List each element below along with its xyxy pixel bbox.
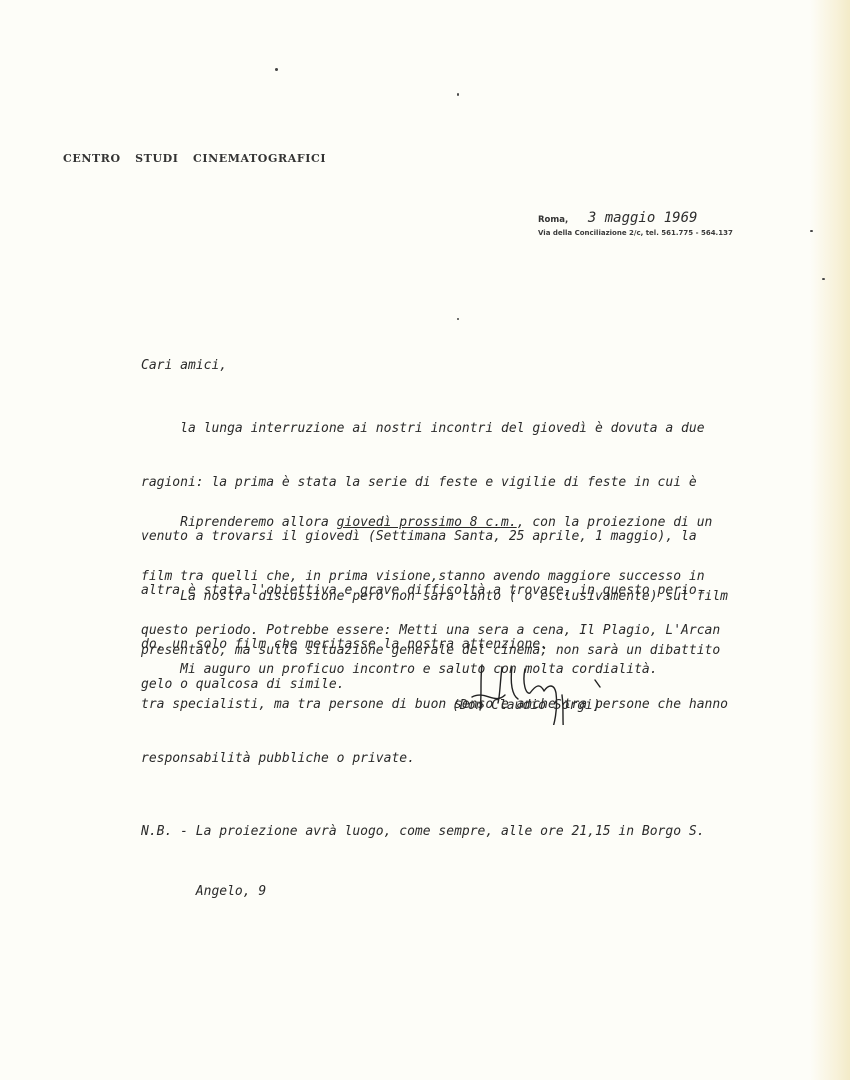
paper-speck: [457, 318, 459, 320]
line: responsabilità pubbliche o private.: [141, 750, 751, 768]
paper-speck: [822, 278, 825, 280]
text: Riprenderemo allora: [141, 515, 337, 530]
signer-name: (Don Claudio Sorgi): [452, 698, 601, 713]
paper-edge: [810, 0, 850, 1080]
address: Via della Conciliazione 2/c, tel. 561.77…: [538, 229, 733, 237]
line: Angelo, 9: [141, 882, 705, 902]
line: Riprenderemo allora giovedì prossimo 8 c…: [141, 514, 751, 532]
paragraph-4: Mi auguro un proficuo incontro e saluto …: [141, 625, 751, 697]
salutation: Cari amici,: [141, 358, 227, 373]
place-date: Roma, 3 maggio 1969: [538, 207, 697, 226]
paper-speck: [457, 93, 459, 96]
note: N.B. - La proiezione avrà luogo, come se…: [141, 782, 705, 922]
paper-speck: [810, 230, 813, 232]
line: La nostra discussione però non sarà tant…: [141, 588, 751, 606]
date: 3 maggio 1969: [588, 210, 698, 226]
line: N.B. - La proiezione avrà luogo, come se…: [141, 822, 705, 842]
paper-speck: [275, 68, 278, 71]
line: la lunga interruzione ai nostri incontri…: [141, 420, 751, 438]
text: , con la proiezione di un: [517, 515, 713, 530]
place: Roma,: [538, 215, 568, 225]
line: Mi auguro un proficuo incontro e saluto …: [141, 661, 751, 679]
handwritten-signature: [470, 655, 620, 725]
underlined-date: giovedì prossimo 8 c.m.: [337, 515, 517, 530]
letterhead: CENTRO STUDI CINEMATOGRAFICI: [63, 152, 326, 165]
line: tra specialisti, ma tra persone di buon …: [141, 696, 751, 714]
